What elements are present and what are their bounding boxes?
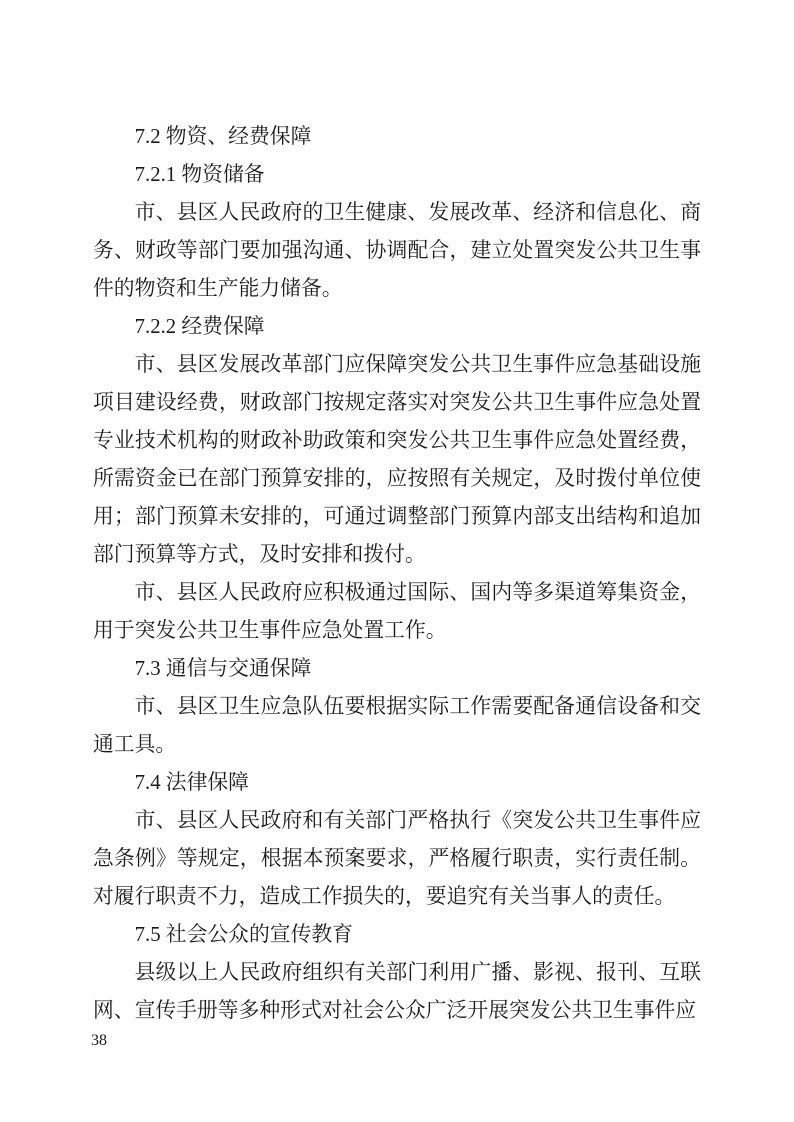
- section-heading-7-4: 7.4 法律保障: [93, 764, 701, 802]
- paragraph-public-education: 县级以上人民政府组织有关部门利用广播、影视、报刊、互联网、宣传手册等多种形式对社…: [93, 954, 701, 1030]
- section-heading-7-2-1: 7.2.1 物资储备: [93, 156, 701, 194]
- paragraph-funding-guarantee-1: 市、县区发展改革部门应保障突发公共卫生事件应急基础设施项目建设经费，财政部门按规…: [93, 346, 701, 574]
- document-body: 7.2 物资、经费保障7.2.1 物资储备市、县区人民政府的卫生健康、发展改革、…: [93, 118, 701, 1030]
- section-heading-7-2: 7.2 物资、经费保障: [93, 118, 701, 156]
- paragraph-communication-transport: 市、县区卫生应急队伍要根据实际工作需要配备通信设备和交通工具。: [93, 688, 701, 764]
- section-heading-7-2-2: 7.2.2 经费保障: [93, 308, 701, 346]
- page-number: 38: [91, 1031, 107, 1051]
- section-heading-7-3: 7.3 通信与交通保障: [93, 650, 701, 688]
- paragraph-material-reserve: 市、县区人民政府的卫生健康、发展改革、经济和信息化、商务、财政等部门要加强沟通、…: [93, 194, 701, 308]
- section-heading-7-5: 7.5 社会公众的宣传教育: [93, 916, 701, 954]
- document-page: 7.2 物资、经费保障7.2.1 物资储备市、县区人民政府的卫生健康、发展改革、…: [0, 0, 794, 1122]
- paragraph-legal-guarantee: 市、县区人民政府和有关部门严格执行《突发公共卫生事件应急条例》等规定，根据本预案…: [93, 802, 701, 916]
- paragraph-funding-guarantee-2: 市、县区人民政府应积极通过国际、国内等多渠道筹集资金，用于突发公共卫生事件应急处…: [93, 574, 701, 650]
